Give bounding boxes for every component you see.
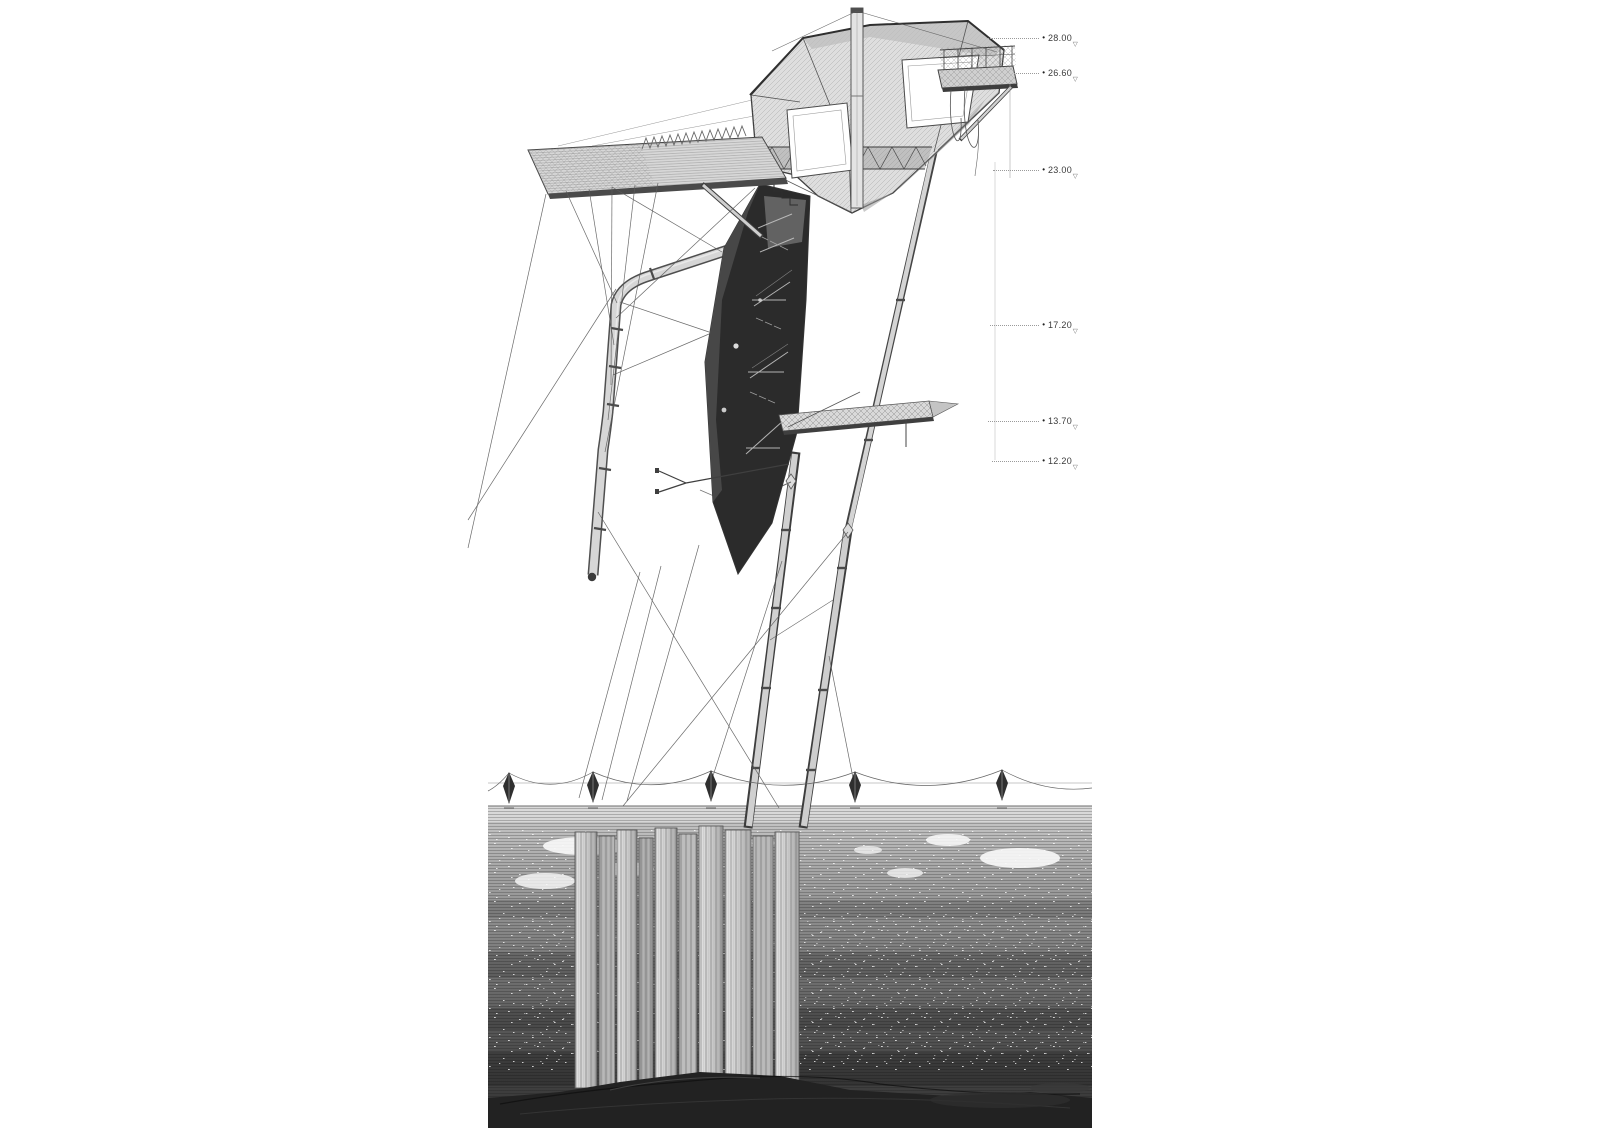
mast: [851, 8, 863, 208]
stair-shaft: [705, 184, 810, 574]
architectural-drawing: [0, 0, 1600, 1128]
pile-foundation: [575, 826, 799, 1096]
pipe-end-cap: [588, 573, 596, 581]
porthole: [722, 408, 727, 413]
porthole: [733, 343, 738, 348]
buoys: [488, 769, 1092, 808]
screenshot-root: •28.00▽•26.60▽•23.00▽•17.20▽•13.70▽•12.2…: [0, 0, 1600, 1128]
porthole: [758, 298, 762, 302]
